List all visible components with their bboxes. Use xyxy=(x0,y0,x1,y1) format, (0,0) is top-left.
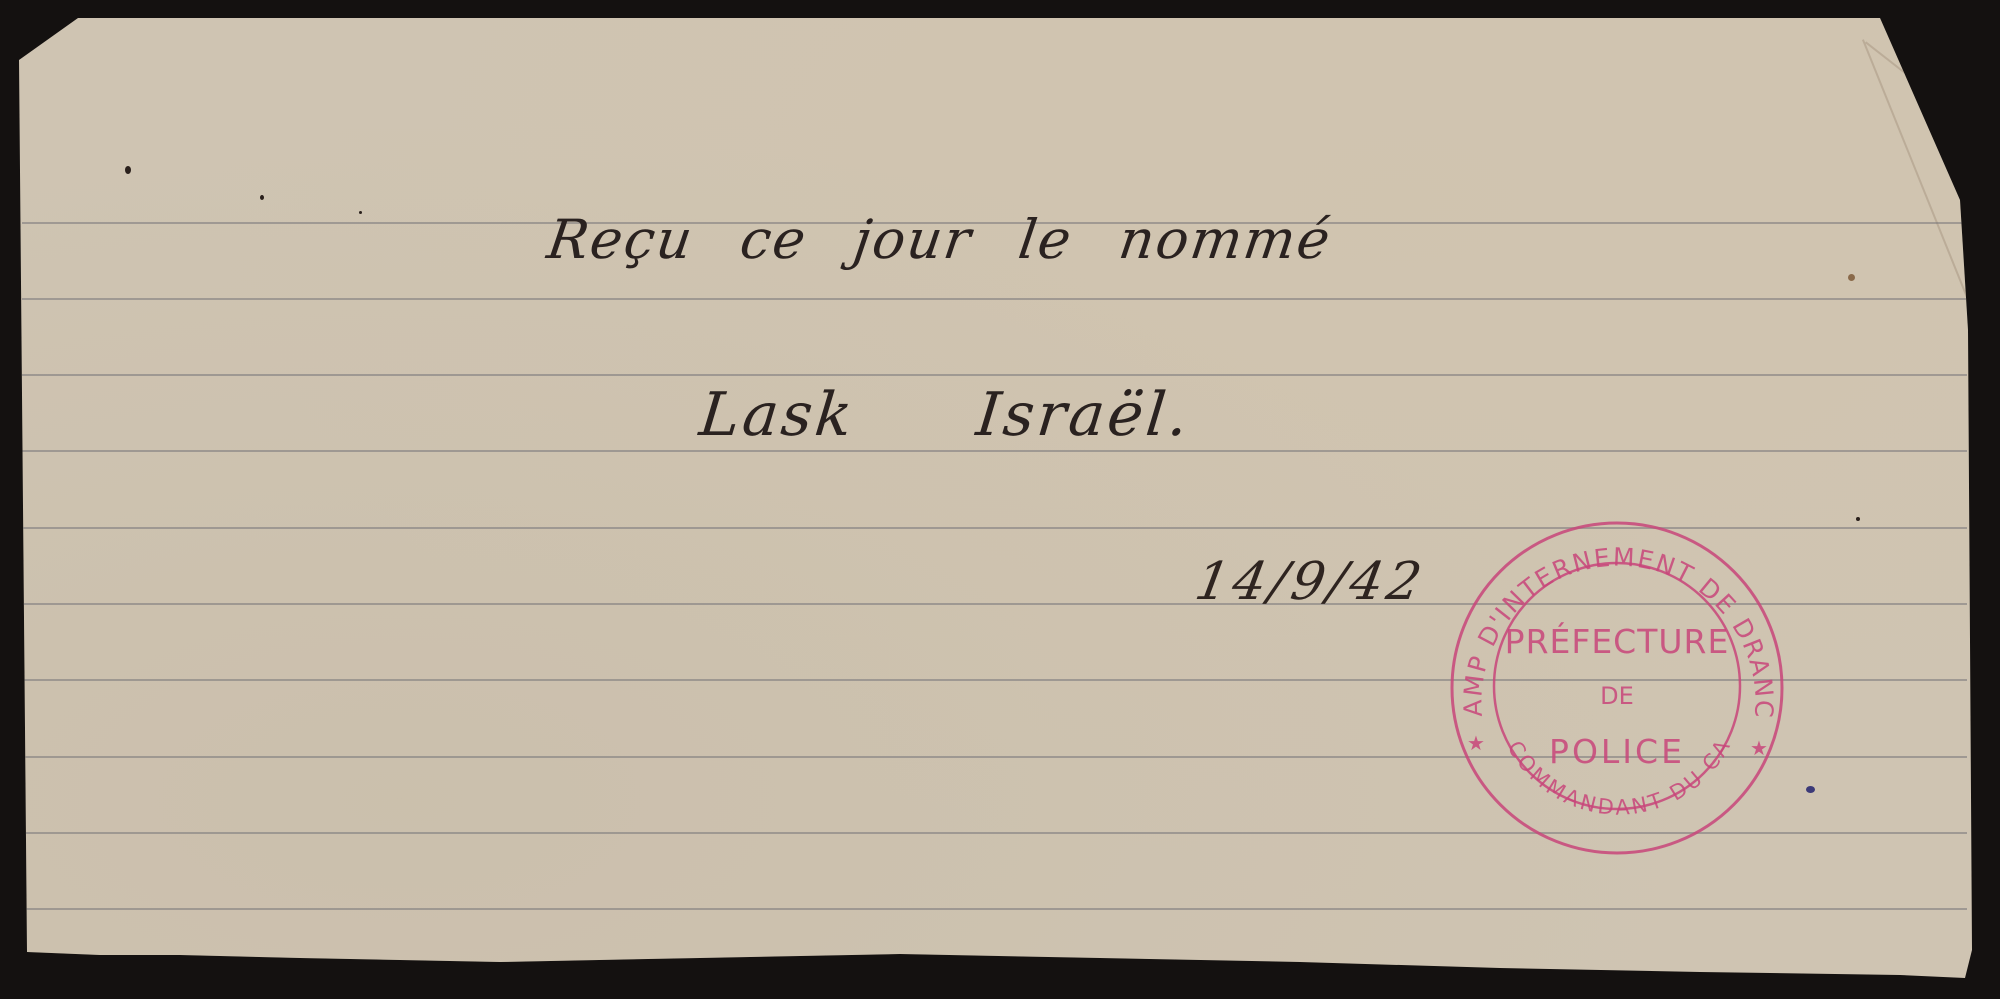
handwritten-date: 14/9/42 xyxy=(1191,552,1430,612)
stamp-center-line-1: PRÉFECTURE xyxy=(1505,621,1730,661)
ink-speck xyxy=(260,195,264,200)
given-name: Israël xyxy=(973,380,1172,450)
stamp-star-right: ★ xyxy=(1750,736,1768,760)
corner-fold-crease xyxy=(1862,39,1976,318)
ruled-line xyxy=(22,908,1967,910)
drancy-camp-stamp: CAMP D'INTERNEMENT DE DRANCY LE COMMANDA… xyxy=(1445,518,1790,858)
word: jour xyxy=(850,208,977,271)
word: Reçu xyxy=(544,208,698,271)
ruled-line xyxy=(22,374,1967,376)
ruled-line xyxy=(22,298,1967,300)
handwritten-line-received: Reçu ce jour le nommé xyxy=(544,208,1364,271)
stamp-star-left: ★ xyxy=(1467,731,1485,755)
stamp-center-line-2: DE xyxy=(1600,682,1634,710)
handwritten-name: Lask Israël. xyxy=(696,380,1194,450)
word: le xyxy=(1015,208,1077,271)
ink-speck xyxy=(1856,517,1860,521)
ink-speck xyxy=(359,211,362,214)
surname: Lask xyxy=(696,380,858,450)
word: ce xyxy=(736,208,811,271)
ink-speck xyxy=(125,166,131,174)
stain-speck xyxy=(1848,274,1855,281)
ruled-line xyxy=(22,450,1967,452)
blue-ink-speck xyxy=(1806,786,1815,793)
scanned-document: Reçu ce jour le nommé Lask Israël. 14/9/… xyxy=(0,0,2000,999)
stamp-center-line-3: POLICE xyxy=(1549,732,1685,771)
word: nommé xyxy=(1115,208,1336,271)
